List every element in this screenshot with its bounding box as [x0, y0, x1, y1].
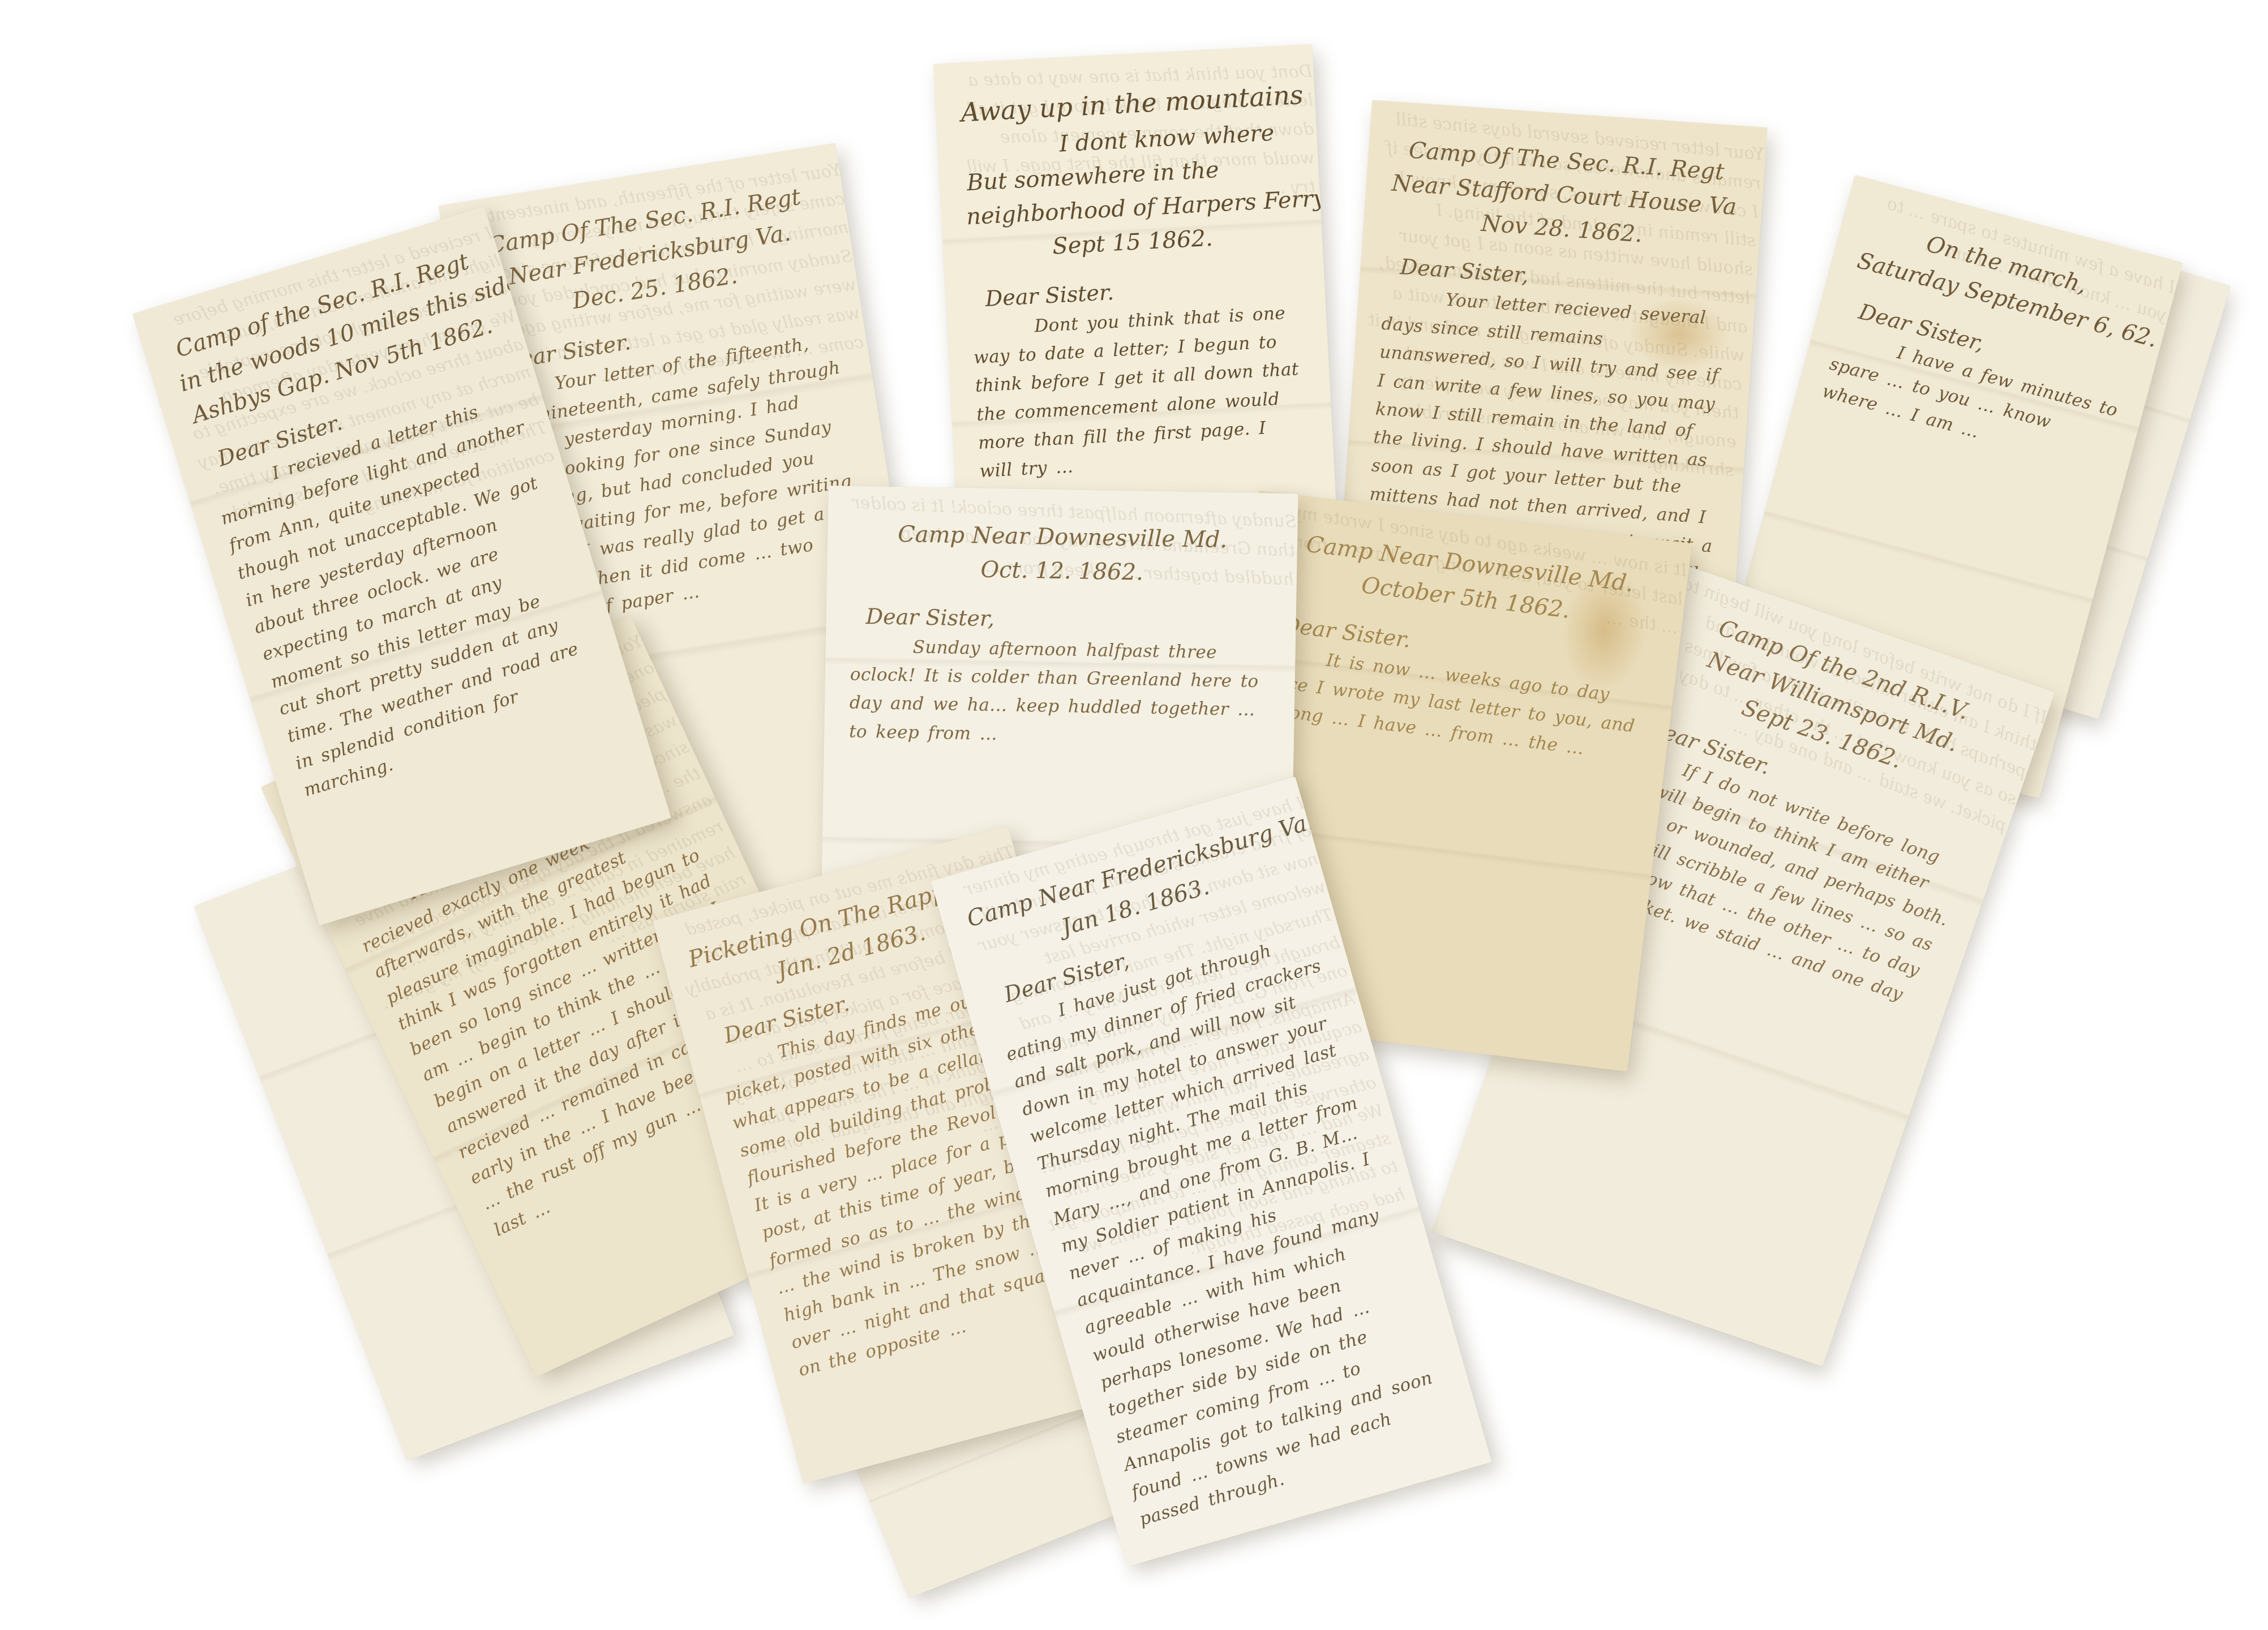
letters-board: I have a few minutes to spare … to you …… [0, 0, 2268, 1630]
letter-body: Dont you think that is one way to date a… [971, 298, 1309, 486]
letter-salutation: Dear Sister, [865, 604, 1271, 636]
letter-body: Sunday afternoon halfpast three oclock! … [849, 632, 1271, 753]
